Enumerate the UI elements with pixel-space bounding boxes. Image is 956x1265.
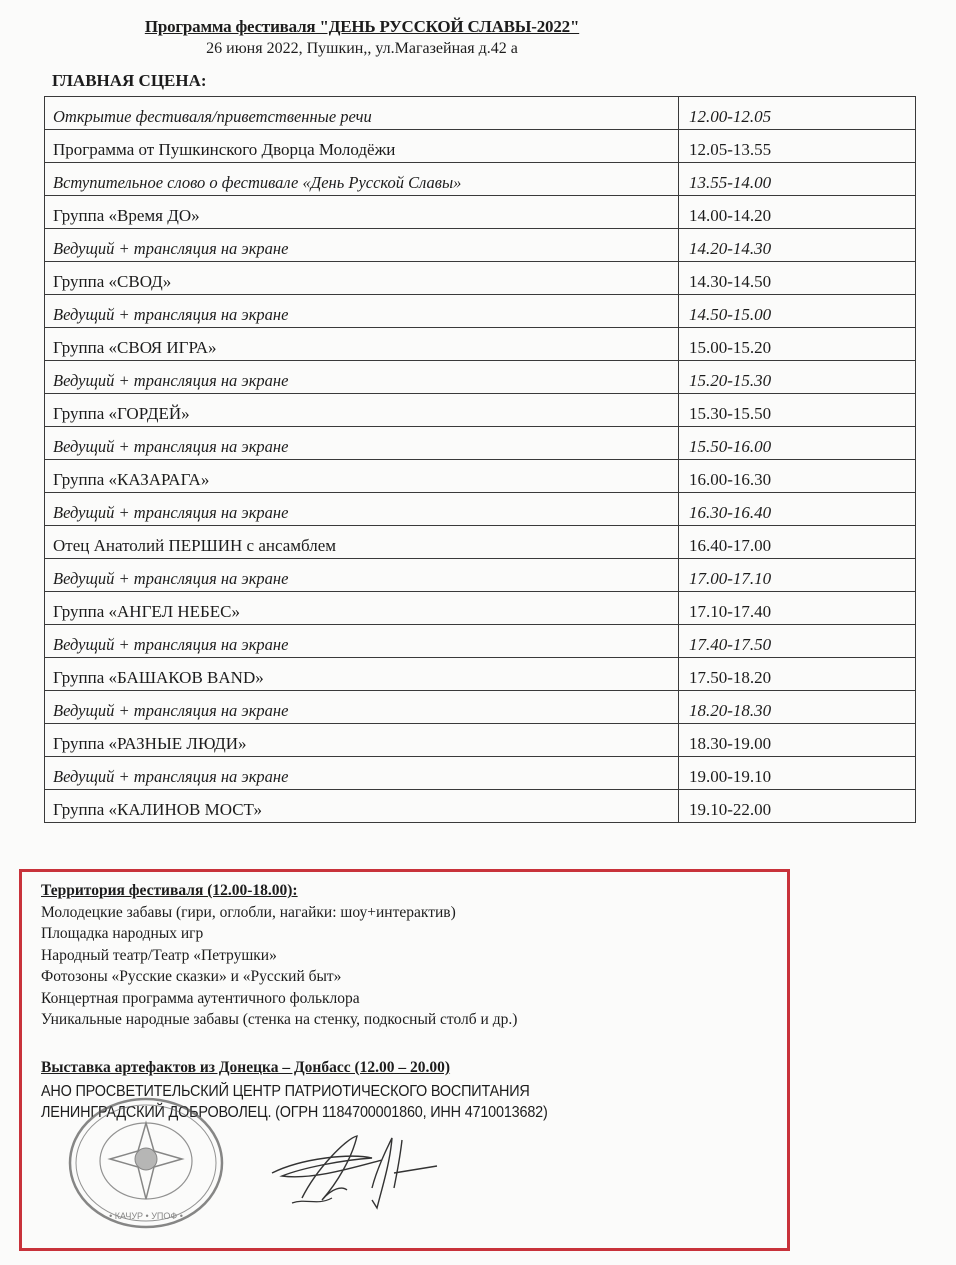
event-time: 19.10-22.00: [679, 790, 916, 823]
schedule-row: Группа «КАЗАРАГА»16.00-16.30: [45, 460, 916, 493]
event-name: Открытие фестиваля/приветственные речи: [45, 97, 679, 130]
event-name: Ведущий + трансляция на экране: [45, 427, 679, 460]
event-name: Ведущий + трансляция на экране: [45, 229, 679, 262]
schedule-row: Группа «СВОД»14.30-14.50: [45, 262, 916, 295]
schedule-row: Группа «РАЗНЫЕ ЛЮДИ»18.30-19.00: [45, 724, 916, 757]
event-name: Группа «БАШАКОВ BAND»: [45, 658, 679, 691]
event-name: Ведущий + трансляция на экране: [45, 493, 679, 526]
event-time: 13.55-14.00: [679, 163, 916, 196]
schedule-row: Отец Анатолий ПЕРШИН с ансамблем16.40-17…: [45, 526, 916, 559]
event-time: 16.40-17.00: [679, 526, 916, 559]
event-name: Группа «Время ДО»: [45, 196, 679, 229]
schedule-row: Ведущий + трансляция на экране18.20-18.3…: [45, 691, 916, 724]
schedule-row: Группа «Время ДО»14.00-14.20: [45, 196, 916, 229]
event-name: Группа «ГОРДЕЙ»: [45, 394, 679, 427]
event-name: Ведущий + трансляция на экране: [45, 625, 679, 658]
event-time: 19.00-19.10: [679, 757, 916, 790]
handwritten-signature-icon: [262, 1128, 462, 1228]
schedule-row: Ведущий + трансляция на экране19.00-19.1…: [45, 757, 916, 790]
event-time: 15.30-15.50: [679, 394, 916, 427]
schedule-row: Открытие фестиваля/приветственные речи12…: [45, 97, 916, 130]
event-time: 15.20-15.30: [679, 361, 916, 394]
event-time: 15.50-16.00: [679, 427, 916, 460]
schedule-row: Группа «КАЛИНОВ МОСТ»19.10-22.00: [45, 790, 916, 823]
event-time: 15.00-15.20: [679, 328, 916, 361]
event-name: Ведущий + трансляция на экране: [45, 691, 679, 724]
event-time: 17.40-17.50: [679, 625, 916, 658]
event-name: Группа «РАЗНЫЕ ЛЮДИ»: [45, 724, 679, 757]
event-time: 14.30-14.50: [679, 262, 916, 295]
main-stage-schedule-table: Открытие фестиваля/приветственные речи12…: [44, 96, 916, 823]
exhibition-heading: Выставка артефактов из Донецка – Донбасс…: [41, 1057, 450, 1078]
event-time: 17.00-17.10: [679, 559, 916, 592]
official-seal-icon: • КАЧУР • УПОФ •: [66, 1095, 226, 1231]
territory-item: Уникальные народные забавы (стенка на ст…: [41, 1009, 517, 1031]
exhibition-section: Выставка артефактов из Донецка – Донбасс…: [41, 1057, 450, 1078]
event-name: Группа «КАЗАРАГА»: [45, 460, 679, 493]
schedule-row: Ведущий + трансляция на экране16.30-16.4…: [45, 493, 916, 526]
event-name: Ведущий + трансляция на экране: [45, 295, 679, 328]
schedule-row: Группа «БАШАКОВ BAND»17.50-18.20: [45, 658, 916, 691]
schedule-row: Ведущий + трансляция на экране14.50-15.0…: [45, 295, 916, 328]
schedule-row: Ведущий + трансляция на экране15.20-15.3…: [45, 361, 916, 394]
territory-section: Территория фестиваля (12.00-18.00): Моло…: [41, 880, 517, 1031]
event-name: Ведущий + трансляция на экране: [45, 757, 679, 790]
schedule-row: Группа «СВОЯ ИГРА»15.00-15.20: [45, 328, 916, 361]
event-name: Вступительное слово о фестивале «День Ру…: [45, 163, 679, 196]
event-name: Ведущий + трансляция на экране: [45, 559, 679, 592]
territory-item: Молодецкие забавы (гири, оглобли, нагайк…: [41, 902, 517, 924]
event-time: 18.30-19.00: [679, 724, 916, 757]
schedule-row: Программа от Пушкинского Дворца Молодёжи…: [45, 130, 916, 163]
territory-heading: Территория фестиваля (12.00-18.00):: [41, 880, 517, 902]
event-time: 16.00-16.30: [679, 460, 916, 493]
event-name: Отец Анатолий ПЕРШИН с ансамблем: [45, 526, 679, 559]
event-time: 14.20-14.30: [679, 229, 916, 262]
document-title: Программа фестиваля "ДЕНЬ РУССКОЙ СЛАВЫ-…: [102, 17, 622, 37]
event-name: Группа «СВОЯ ИГРА»: [45, 328, 679, 361]
event-time: 12.05-13.55: [679, 130, 916, 163]
event-time: 18.20-18.30: [679, 691, 916, 724]
event-name: Программа от Пушкинского Дворца Молодёжи: [45, 130, 679, 163]
document-subtitle: 26 июня 2022, Пушкин,, ул.Магазейная д.4…: [102, 40, 622, 58]
event-time: 14.50-15.00: [679, 295, 916, 328]
event-name: Ведущий + трансляция на экране: [45, 361, 679, 394]
schedule-row: Ведущий + трансляция на экране17.40-17.5…: [45, 625, 916, 658]
seal-text: • КАЧУР • УПОФ •: [109, 1211, 183, 1221]
event-time: 16.30-16.40: [679, 493, 916, 526]
event-time: 14.00-14.20: [679, 196, 916, 229]
event-name: Группа «КАЛИНОВ МОСТ»: [45, 790, 679, 823]
event-name: Группа «СВОД»: [45, 262, 679, 295]
event-time: 17.10-17.40: [679, 592, 916, 625]
schedule-row: Вступительное слово о фестивале «День Ру…: [45, 163, 916, 196]
territory-item: Народный театр/Театр «Петрушки»: [41, 945, 517, 967]
event-name: Группа «АНГЕЛ НЕБЕС»: [45, 592, 679, 625]
main-stage-heading: ГЛАВНАЯ СЦЕНА:: [52, 71, 207, 91]
schedule-row: Ведущий + трансляция на экране14.20-14.3…: [45, 229, 916, 262]
schedule-row: Ведущий + трансляция на экране15.50-16.0…: [45, 427, 916, 460]
schedule-row: Ведущий + трансляция на экране17.00-17.1…: [45, 559, 916, 592]
event-time: 12.00-12.05: [679, 97, 916, 130]
territory-item: Концертная программа аутентичного фолькл…: [41, 988, 517, 1010]
schedule-row: Группа «АНГЕЛ НЕБЕС»17.10-17.40: [45, 592, 916, 625]
territory-item: Фотозоны «Русские сказки» и «Русский быт…: [41, 966, 517, 988]
event-time: 17.50-18.20: [679, 658, 916, 691]
schedule-row: Группа «ГОРДЕЙ»15.30-15.50: [45, 394, 916, 427]
territory-item: Площадка народных игр: [41, 923, 517, 945]
